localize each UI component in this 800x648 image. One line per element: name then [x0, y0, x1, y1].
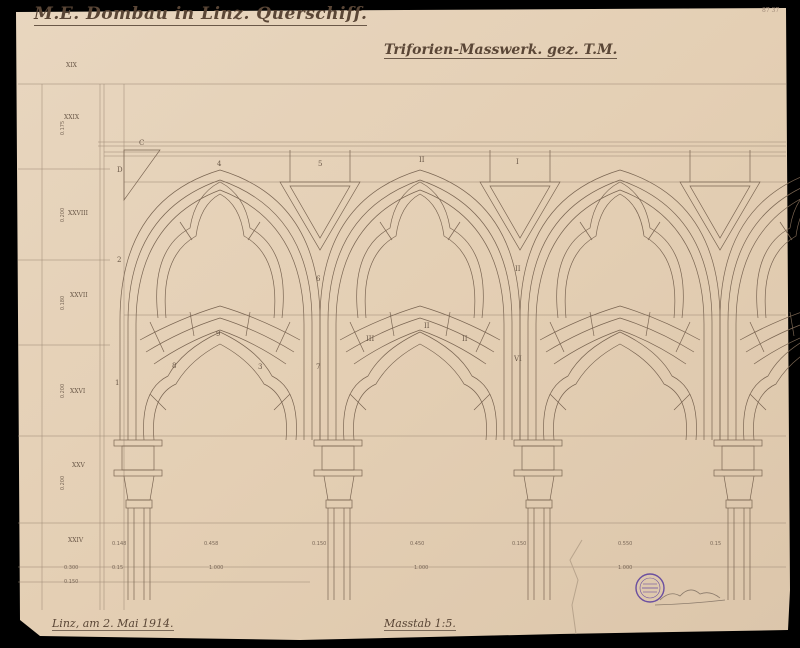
dimension-label: 0.550: [618, 541, 632, 547]
level-mark: XXVII: [70, 292, 88, 299]
piece-number: D: [117, 166, 123, 174]
piece-number: III: [366, 335, 374, 343]
dimension-label: 0.15: [710, 541, 721, 547]
dimension-label: 0.180: [60, 296, 66, 310]
scale-line: Masstab 1:5.: [384, 617, 456, 631]
dimension-label: 1.000: [209, 565, 223, 571]
dimension-label: 1.000: [414, 565, 428, 571]
dimension-label: 0.150: [512, 541, 526, 547]
piece-number: 3: [258, 363, 262, 371]
drawing-canvas: [0, 0, 800, 648]
piece-number: II: [462, 335, 468, 343]
drawing-subtitle: Triforien-Masswerk. gez. T.M.: [384, 42, 617, 59]
level-mark: XXV: [72, 462, 85, 469]
piece-number: VI: [514, 355, 522, 363]
drawing-sheet: M.E. Dombau in Linz. Querschiff. Trifori…: [0, 0, 800, 648]
level-mark: XXIV: [68, 537, 83, 544]
piece-number: C: [139, 139, 144, 147]
piece-number: 1: [115, 379, 119, 387]
date-line: Linz, am 2. Mai 1914.: [52, 617, 174, 631]
dimension-label: 0.450: [410, 541, 424, 547]
piece-number: 9: [216, 330, 220, 338]
stamp-seal: [636, 574, 664, 602]
level-mark: XIX: [66, 62, 77, 69]
piece-number: 7: [316, 363, 320, 371]
dimension-label: 0.150: [312, 541, 326, 547]
sheet-number: 87 37: [762, 7, 779, 14]
dimension-label: 0.200: [60, 384, 66, 398]
dimension-label: 0.458: [204, 541, 218, 547]
piece-number: II: [419, 156, 425, 164]
level-mark: XXVIII: [68, 210, 88, 217]
dimension-label: 0.148: [112, 541, 126, 547]
dimension-label: 0.150: [64, 579, 78, 585]
dimension-label: 0.15: [112, 565, 123, 571]
piece-number: 4: [217, 160, 221, 168]
dimension-label: 0.300: [64, 565, 78, 571]
dimension-label: 1.000: [618, 565, 632, 571]
dimension-label: 0.200: [60, 208, 66, 222]
level-mark: XXIX: [64, 114, 79, 121]
level-mark: XXVI: [70, 388, 85, 395]
piece-number: 6: [316, 275, 320, 283]
piece-number: I: [516, 158, 519, 166]
piece-number: 8: [172, 362, 176, 370]
piece-number: 2: [117, 256, 121, 264]
piece-number: 5: [318, 160, 322, 168]
piece-number: II: [515, 265, 521, 273]
dimension-label: 0.175: [60, 121, 66, 135]
drawing-title: M.E. Dombau in Linz. Querschiff.: [34, 4, 367, 26]
dimension-label: 0.200: [60, 476, 66, 490]
piece-number: II: [424, 322, 430, 330]
